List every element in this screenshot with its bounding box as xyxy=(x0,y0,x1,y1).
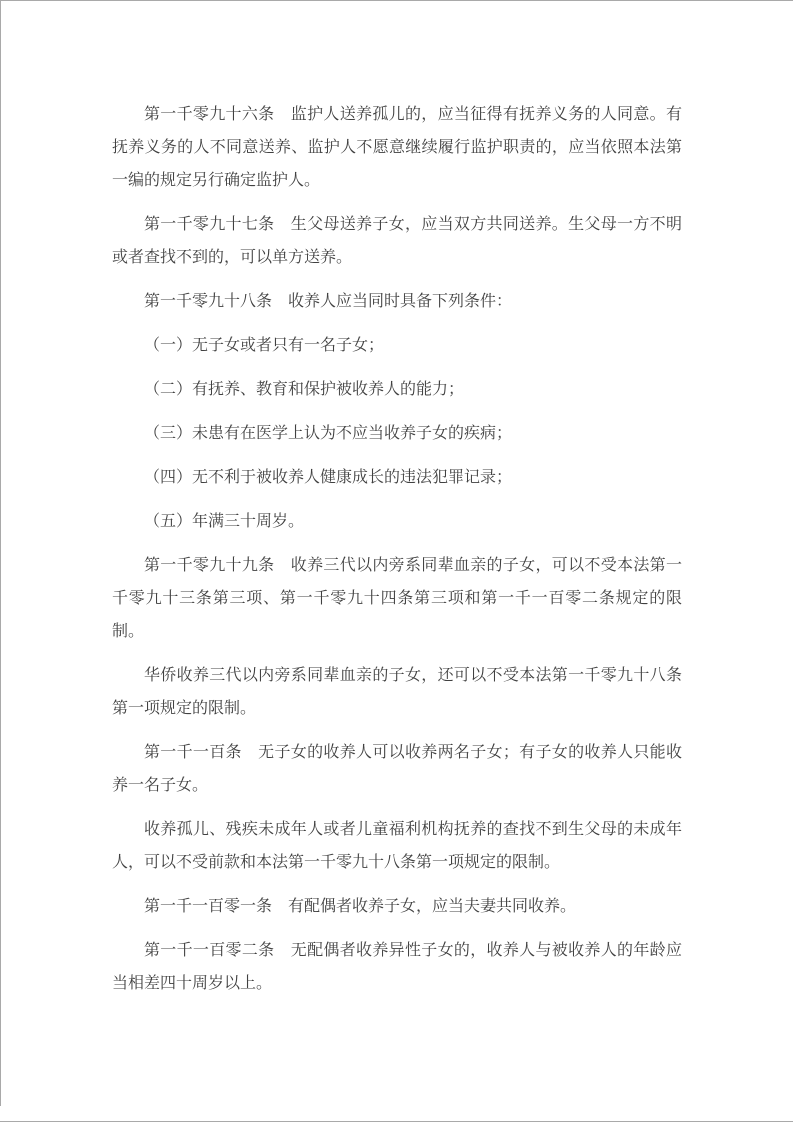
article-paragraph-1097: 第一千零九十七条 生父母送养子女，应当双方共同送养。生父母一方不明或者查找不到的… xyxy=(112,208,682,274)
list-item-4: （四）无不利于被收养人健康成长的违法犯罪记录； xyxy=(112,461,682,494)
article-paragraph-1096: 第一千零九十六条 监护人送养孤儿的，应当征得有抚养义务的人同意。有抚养义务的人不… xyxy=(112,98,682,197)
article-paragraph-1100: 第一千一百条 无子女的收养人可以收养两名子女；有子女的收养人只能收养一名子女。 xyxy=(112,736,682,802)
article-paragraph-1098: 第一千零九十八条 收养人应当同时具备下列条件： xyxy=(112,285,682,318)
article-paragraph-1102: 第一千一百零二条 无配偶者收养异性子女的，收养人与被收养人的年龄应当相差四十周岁… xyxy=(112,934,682,1000)
page-left-frame-line xyxy=(0,1,1,1106)
list-item-2: （二）有抚养、教育和保护被收养人的能力； xyxy=(112,373,682,406)
document-body: 第一千零九十六条 监护人送养孤儿的，应当征得有抚养义务的人同意。有抚养义务的人不… xyxy=(112,98,682,1011)
list-item-5: （五）年满三十周岁。 xyxy=(112,505,682,538)
list-item-1: （一）无子女或者只有一名子女； xyxy=(112,329,682,362)
document-page: 第一千零九十六条 监护人送养孤儿的，应当征得有抚养义务的人同意。有抚养义务的人不… xyxy=(0,0,793,1122)
article-paragraph-1099-clause-2: 华侨收养三代以内旁系同辈血亲的子女，还可以不受本法第一千零九十八条第一项规定的限… xyxy=(112,659,682,725)
article-paragraph-1099: 第一千零九十九条 收养三代以内旁系同辈血亲的子女，可以不受本法第一千零九十三条第… xyxy=(112,549,682,648)
list-item-3: （三）未患有在医学上认为不应当收养子女的疾病； xyxy=(112,417,682,450)
article-paragraph-1101: 第一千一百零一条 有配偶者收养子女，应当夫妻共同收养。 xyxy=(112,890,682,923)
article-paragraph-1100-clause-2: 收养孤儿、残疾未成年人或者儿童福利机构抚养的查找不到生父母的未成年人，可以不受前… xyxy=(112,813,682,879)
